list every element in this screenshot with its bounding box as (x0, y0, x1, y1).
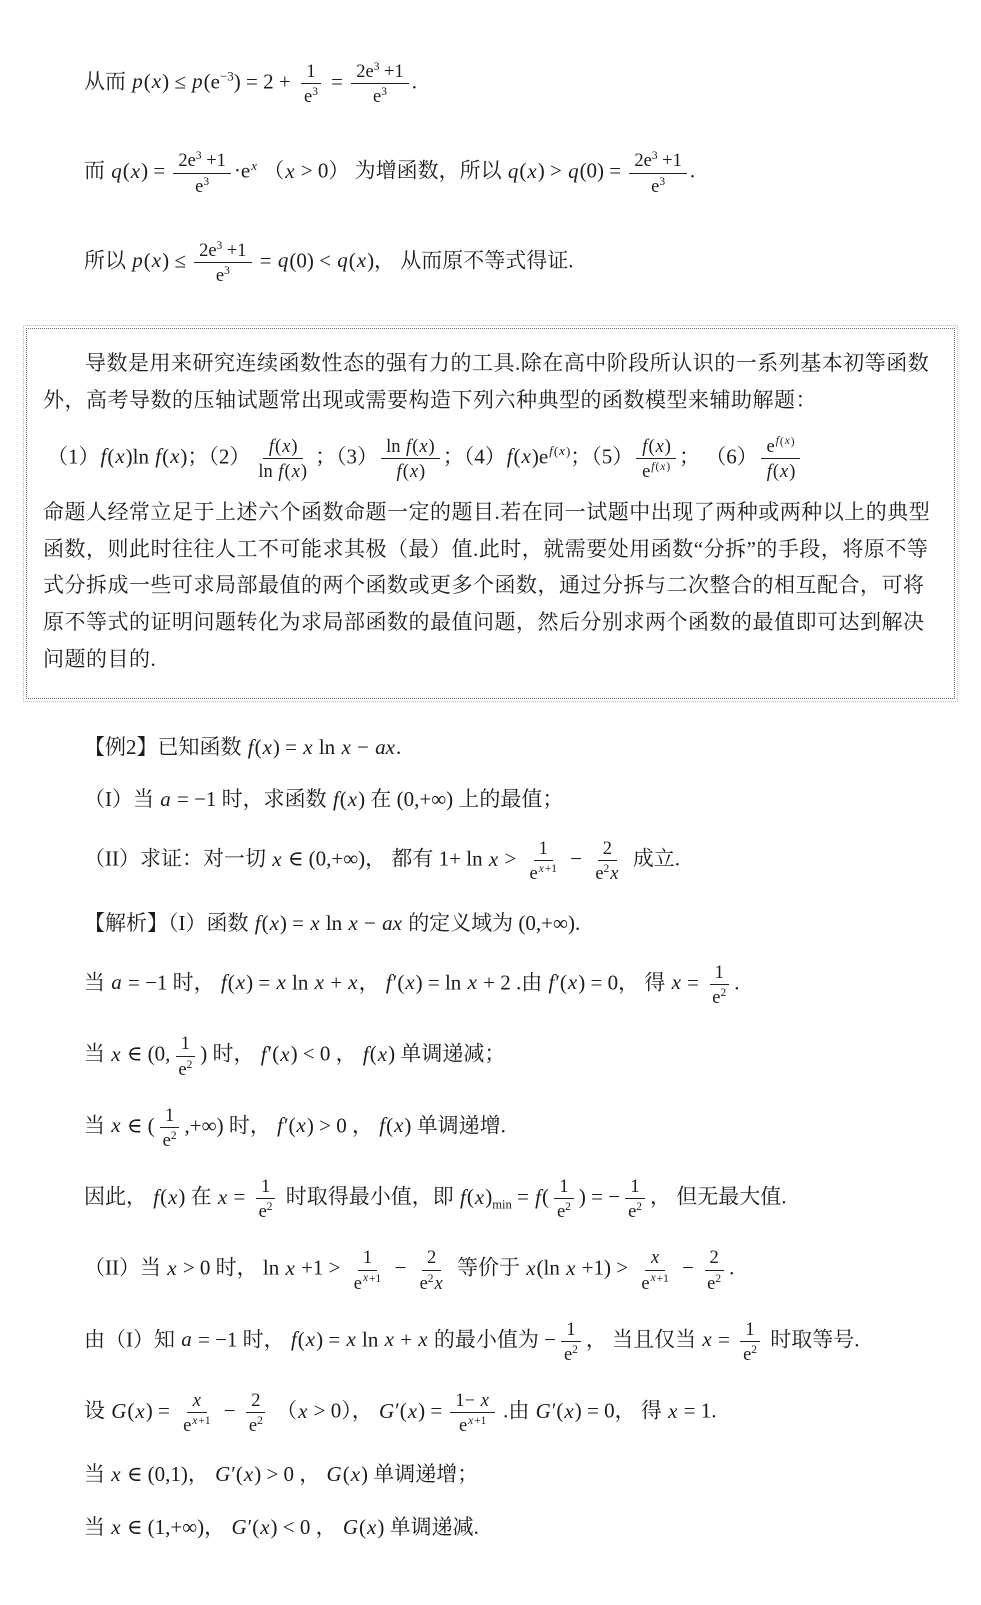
math-superscript: −3 (220, 68, 234, 83)
math-variable: a (110, 970, 123, 994)
math-superscript: 2 (267, 1201, 273, 1213)
fraction-numerator: f(x) (263, 435, 303, 459)
math-fraction: 1e3 (299, 60, 323, 107)
fraction-numerator: 2e3 +1 (194, 239, 251, 263)
math-variable: x (356, 248, 367, 272)
math-variable: f (405, 436, 412, 456)
fraction-denominator: f(x) (761, 459, 801, 482)
math-variable: x (701, 1327, 712, 1351)
math-fraction: 1e2 (623, 1175, 647, 1222)
math-variable: f (775, 435, 780, 447)
math-variable: x (784, 435, 791, 447)
line-minimum-value: 因此， f(x) 在 x = 1e2 时取得最小值，即 f(x)min = f(… (84, 1175, 955, 1222)
math-variable: x (347, 911, 358, 935)
math-variable: x (384, 1327, 395, 1351)
math-variable: G (230, 1515, 247, 1539)
fraction-denominator: e2 (623, 1199, 647, 1222)
fraction-numerator: 2e3 +1 (629, 149, 686, 173)
math-superscript: 3 (381, 86, 387, 98)
fraction-numerator: 1 (554, 1175, 573, 1199)
math-fraction: 1ex+1 (525, 837, 562, 884)
math-superscript: x+1 (191, 1415, 210, 1427)
fraction-denominator: ex+1 (454, 1413, 491, 1436)
math-variable: f (459, 1185, 467, 1209)
math-variable: x (297, 1399, 308, 1423)
math-variable: x (558, 443, 566, 458)
note-box: 导数是用来研究连续函数性态的强有力的工具.除在高中阶段所认识的一系列基本初等函数… (26, 328, 955, 699)
line-example-2-statement: 【例2】已知函数 f(x) = x ln x − ax. (84, 733, 955, 761)
math-variable: p (131, 69, 144, 93)
math-variable: x (110, 1042, 121, 1066)
math-variable: x (434, 1273, 444, 1293)
line-q-increasing: 而 q(x) = 2e3 +1e3·ex （x > 0） 为增函数，所以 q(x… (84, 149, 955, 196)
math-variable: q (567, 159, 580, 183)
line-conclusion: 所以 p(x) ≤ 2e3 +1e3 = q(0) < q(x)， 从而原不等式… (84, 239, 955, 286)
math-fraction: ln f(x)f(x) (381, 435, 440, 482)
math-variable: f (650, 461, 655, 473)
fraction-numerator: 1 (301, 60, 320, 84)
math-variable: x (609, 863, 619, 883)
math-superscript: 2 (720, 987, 726, 999)
line-part-1-question: （I）当 a = −1 时，求函数 f(x) 在 (0,+∞) 上的最值； (84, 785, 955, 813)
math-variable: x (271, 847, 282, 871)
math-variable: q (507, 159, 520, 183)
fraction-numerator: 2e3 +1 (351, 60, 408, 84)
line-decreasing-interval: 当 x ∈ (0,1e2) 时， f′(x) < 0 ， f(x) 单调递减； (84, 1032, 955, 1079)
fraction-denominator: e2 (254, 1199, 278, 1222)
math-variable: x (467, 970, 478, 994)
math-variable: x (563, 1399, 574, 1423)
math-variable: x (166, 1256, 177, 1280)
math-variable: x (291, 461, 301, 481)
line-part-2-question: （II）求证：对一切 x ∈ (0,+∞)， 都有 1+ ln x > 1ex+… (84, 837, 955, 884)
math-variable: x (262, 735, 273, 759)
math-superscript: 3 (312, 86, 318, 98)
line-analysis-domain: 【解析】（I）函数 f(x) = x ln x − ax 的定义域为 (0,+∞… (84, 909, 955, 937)
math-variable: q (110, 159, 123, 183)
math-variable: f (290, 1327, 298, 1351)
math-superscript: 2 (751, 1344, 757, 1356)
fraction-denominator: e2 (173, 1057, 197, 1080)
math-variable: f (254, 911, 262, 935)
math-variable: x (567, 970, 578, 994)
math-variable: a (159, 787, 172, 811)
math-variable: x (151, 69, 162, 93)
math-variable: x (130, 159, 141, 183)
line-G-increasing: 当 x ∈ (0,1)， G′(x) > 0 ， G(x) 单调递增； (84, 1460, 955, 1488)
math-variable: x (235, 970, 246, 994)
fraction-numerator: 1 (358, 1246, 377, 1270)
math-fraction: 1ex+1 (349, 1246, 386, 1293)
math-variable: a (180, 1327, 193, 1351)
math-variable: x (347, 970, 358, 994)
math-variable: x (134, 1399, 145, 1423)
math-variable: f (268, 436, 275, 456)
fraction-numerator: 2 (422, 1246, 441, 1270)
math-superscript: 2 (171, 1130, 177, 1142)
line-p-bound: 从而 p(x) ≤ p(e−3) = 2 + 1e3 = 2e3 +1e3. (84, 60, 955, 107)
fraction-numerator: 1 (534, 837, 553, 861)
math-superscript: x (250, 158, 258, 173)
math-superscript: 2 (636, 1201, 642, 1213)
math-fraction: 1− xex+1 (450, 1389, 494, 1436)
math-variable: q (336, 248, 349, 272)
math-fraction: xex+1 (178, 1389, 215, 1436)
math-variable: x (110, 1462, 121, 1486)
fraction-numerator: 2e3 +1 (173, 149, 230, 173)
math-variable: x (655, 436, 665, 456)
fraction-numerator: x (187, 1389, 207, 1413)
fraction-denominator: e2 (552, 1199, 576, 1222)
math-variable: x (281, 436, 291, 456)
math-variable: x (285, 1256, 296, 1280)
document-page: 从而 p(x) ≤ p(e−3) = 2 + 1e3 = 2e3 +1e3.而 … (0, 0, 981, 1605)
math-superscript: 2 (257, 1415, 263, 1427)
math-variable: x (250, 158, 258, 173)
math-variable: f (100, 444, 108, 468)
math-variable: x (779, 461, 789, 481)
math-variable: x (650, 1247, 660, 1267)
math-superscript: 3 (203, 175, 209, 187)
math-variable: x (525, 1256, 536, 1280)
math-superscript: 2 (715, 1272, 721, 1284)
fraction-numerator: 1 (160, 1104, 179, 1128)
math-variable: G (326, 1462, 343, 1486)
math-variable: ax (374, 735, 396, 759)
math-fraction: 2e2x (415, 1246, 449, 1293)
math-fraction: 2e2x (590, 837, 624, 884)
math-variable: x (345, 1327, 356, 1351)
fraction-denominator: e3 (646, 174, 670, 197)
math-superscript: 2 (572, 1344, 578, 1356)
fraction-denominator: ex+1 (525, 861, 562, 884)
math-variable: x (114, 444, 125, 468)
math-variable: x (296, 1113, 307, 1137)
math-variable: x (407, 1399, 418, 1423)
math-variable: x (169, 444, 180, 468)
math-variable: x (314, 970, 325, 994)
fraction-numerator: ef(x) (761, 435, 799, 459)
math-variable: G (378, 1399, 395, 1423)
fraction-numerator: 1 (625, 1175, 644, 1199)
math-variable: x (305, 1327, 316, 1351)
fraction-denominator: ex+1 (349, 1271, 386, 1294)
math-superscript: 2 (565, 1201, 571, 1213)
fraction-denominator: e2 (702, 1271, 726, 1294)
math-superscript: f(x) (548, 443, 570, 458)
math-superscript: 3 (217, 240, 223, 252)
math-variable: x (565, 1256, 576, 1280)
math-variable: f (152, 1185, 160, 1209)
math-fraction: 2e3 +1e3 (194, 239, 251, 286)
math-superscript: 3 (652, 150, 658, 162)
math-fraction: 1e2 (173, 1032, 197, 1079)
math-fraction: 2e3 +1e3 (629, 149, 686, 196)
fraction-denominator: e2x (590, 861, 624, 884)
math-variable: x (362, 1272, 369, 1284)
line-derivative: 当 a = −1 时， f(x) = x ln x + x， f′(x) = l… (84, 961, 955, 1008)
fraction-numerator: ln f(x) (381, 435, 440, 459)
note-box-paragraph-2: 命题人经常立足于上述六个函数命题一定的题目.若在同一试题中出现了两种或两种以上的… (43, 494, 938, 678)
math-variable: x (417, 1327, 428, 1351)
fraction-denominator: e2 (707, 985, 731, 1008)
note-box-paragraph-1: 导数是用来研究连续函数性态的强有力的工具.除在高中阶段所认识的一系列基本初等函数… (43, 345, 938, 419)
fraction-numerator: x (645, 1246, 665, 1270)
math-variable: x (393, 1113, 404, 1137)
fraction-denominator: ef(x) (637, 459, 675, 482)
math-variable: f (547, 970, 555, 994)
fraction-denominator: e3 (211, 263, 235, 286)
math-variable: x (192, 1390, 202, 1410)
fraction-numerator: 1 (710, 961, 729, 985)
math-variable: x (671, 970, 682, 994)
math-variable: f (378, 1113, 386, 1137)
fraction-denominator: ex+1 (178, 1413, 215, 1436)
math-variable: x (526, 159, 537, 183)
fraction-numerator: 1 (176, 1032, 195, 1056)
math-variable: x (110, 1515, 121, 1539)
math-variable: f (534, 1185, 542, 1209)
fraction-numerator: 1 (256, 1175, 275, 1199)
math-variable: x (217, 1185, 228, 1209)
math-variable: f (220, 970, 228, 994)
math-superscript: f(x) (650, 461, 670, 473)
math-variable: p (191, 69, 204, 93)
math-variable: x (259, 1515, 270, 1539)
math-superscript: 3 (374, 61, 380, 73)
math-variable: x (488, 847, 499, 871)
math-superscript: x+1 (467, 1415, 486, 1427)
math-superscript: 2 (428, 1272, 434, 1284)
math-variable: f (276, 1113, 284, 1137)
math-variable: G (110, 1399, 127, 1423)
line-part2-equivalent: （II）当 x > 0 时， ln x +1 > 1ex+1 − 2e2x 等价… (84, 1246, 955, 1293)
math-variable: G (214, 1462, 231, 1486)
math-variable: x (366, 1515, 377, 1539)
math-fraction: 2e3 +1e3 (173, 149, 230, 196)
fraction-denominator: e2 (559, 1342, 583, 1365)
math-variable: x (404, 970, 415, 994)
fraction-denominator: f(x) (391, 459, 431, 482)
fraction-denominator: ex+1 (636, 1271, 673, 1294)
math-fraction: 2e2 (244, 1389, 268, 1436)
math-variable: x (650, 1272, 657, 1284)
math-variable: q (277, 248, 290, 272)
math-variable: x (480, 1390, 490, 1410)
math-variable: x (350, 1462, 361, 1486)
line-G-decreasing: 当 x ∈ (1,+∞)， G′(x) < 0 ， G(x) 单调递减. (84, 1513, 955, 1541)
line-min-from-part1: 由（I）知 a = −1 时， f(x) = x ln x + x 的最小值为 … (84, 1318, 955, 1365)
math-variable: f (396, 461, 403, 481)
math-variable: f (260, 1042, 268, 1066)
math-variable: x (418, 436, 428, 456)
fraction-denominator: e3 (299, 84, 323, 107)
line-G-definition: 设 G(x) = xex+1 − 2e2 （x > 0）， G′(x) = 1−… (84, 1389, 955, 1436)
math-fraction: 1e2 (738, 1318, 762, 1365)
math-variable: x (269, 911, 280, 935)
example-solution-section: 【例2】已知函数 f(x) = x ln x − ax.（I）当 a = −1 … (26, 733, 955, 1541)
fraction-denominator: e3 (190, 174, 214, 197)
math-fraction: xex+1 (636, 1246, 673, 1293)
math-variable: x (309, 911, 320, 935)
math-variable: f (548, 443, 554, 458)
math-variable: f (277, 461, 284, 481)
math-variable: x (284, 159, 295, 183)
fraction-numerator: f(x) (636, 435, 676, 459)
fraction-denominator: e2 (738, 1342, 762, 1365)
math-variable: x (151, 248, 162, 272)
math-variable: x (275, 970, 286, 994)
fraction-numerator: 2 (246, 1389, 265, 1413)
math-variable: x (538, 863, 545, 875)
math-variable: x (110, 1113, 121, 1137)
math-variable: f (641, 436, 648, 456)
math-variable: x (340, 735, 351, 759)
fraction-numerator: 1− x (450, 1389, 494, 1413)
math-variable: p (131, 248, 144, 272)
math-variable: f (385, 970, 393, 994)
math-subscript: min (492, 1198, 512, 1212)
fraction-denominator: ln f(x) (253, 459, 312, 482)
math-variable: G (342, 1515, 359, 1539)
fraction-denominator: e2 (158, 1128, 182, 1151)
math-variable: x (347, 787, 358, 811)
math-variable: f (766, 461, 773, 481)
fraction-numerator: 1 (561, 1318, 580, 1342)
fraction-denominator: e3 (368, 84, 392, 107)
math-variable: x (191, 1415, 198, 1427)
math-fraction: ef(x)f(x) (761, 435, 801, 482)
math-variable: f (362, 1042, 370, 1066)
math-variable: x (409, 461, 419, 481)
math-variable: f (247, 735, 255, 759)
math-variable: x (279, 1042, 290, 1066)
math-fraction: f(x)ef(x) (636, 435, 676, 482)
math-superscript: x+1 (362, 1272, 381, 1284)
math-variable: G (535, 1399, 552, 1423)
math-fraction: f(x)ln f(x) (253, 435, 312, 482)
math-fraction: 1e2 (158, 1104, 182, 1151)
math-variable: x (521, 444, 532, 468)
math-superscript: f(x) (775, 435, 795, 447)
math-variable: x (659, 461, 666, 473)
math-variable: x (167, 1185, 178, 1209)
math-variable: x (377, 1042, 388, 1066)
math-variable: f (506, 444, 514, 468)
fraction-numerator: 2 (705, 1246, 724, 1270)
math-superscript: 3 (196, 150, 202, 162)
math-superscript: 2 (187, 1058, 193, 1070)
math-superscript: 3 (224, 265, 230, 277)
math-fraction: 1e2 (707, 961, 731, 1008)
math-variable: ax (381, 911, 403, 935)
math-fraction: 1e2 (552, 1175, 576, 1222)
math-superscript: 3 (659, 175, 665, 187)
math-variable: x (667, 1399, 678, 1423)
intro-proof-section: 从而 p(x) ≤ p(e−3) = 2 + 1e3 = 2e3 +1e3.而 … (26, 60, 955, 286)
math-superscript: x+1 (538, 863, 557, 875)
fraction-denominator: e2x (415, 1271, 449, 1294)
fraction-numerator: 2 (598, 837, 617, 861)
fraction-numerator: 1 (740, 1318, 759, 1342)
line-increasing-interval: 当 x ∈ (1e2,+∞) 时， f′(x) > 0 ， f(x) 单调递增. (84, 1104, 955, 1151)
math-variable: x (474, 1185, 485, 1209)
math-variable: x (302, 735, 313, 759)
math-fraction: 1e2 (559, 1318, 583, 1365)
math-superscript: x+1 (650, 1272, 669, 1284)
math-variable: x (243, 1462, 254, 1486)
math-fraction: 2e3 +1e3 (351, 60, 408, 107)
note-box-function-models: （1）f(x)ln f(x)；（2）f(x)ln f(x)；（3）ln f(x)… (47, 435, 934, 482)
math-fraction: 2e2 (702, 1246, 726, 1293)
math-variable: x (467, 1415, 474, 1427)
math-variable: f (332, 787, 340, 811)
fraction-denominator: e2 (244, 1413, 268, 1436)
math-variable: f (154, 444, 162, 468)
math-fraction: 1e2 (254, 1175, 278, 1222)
